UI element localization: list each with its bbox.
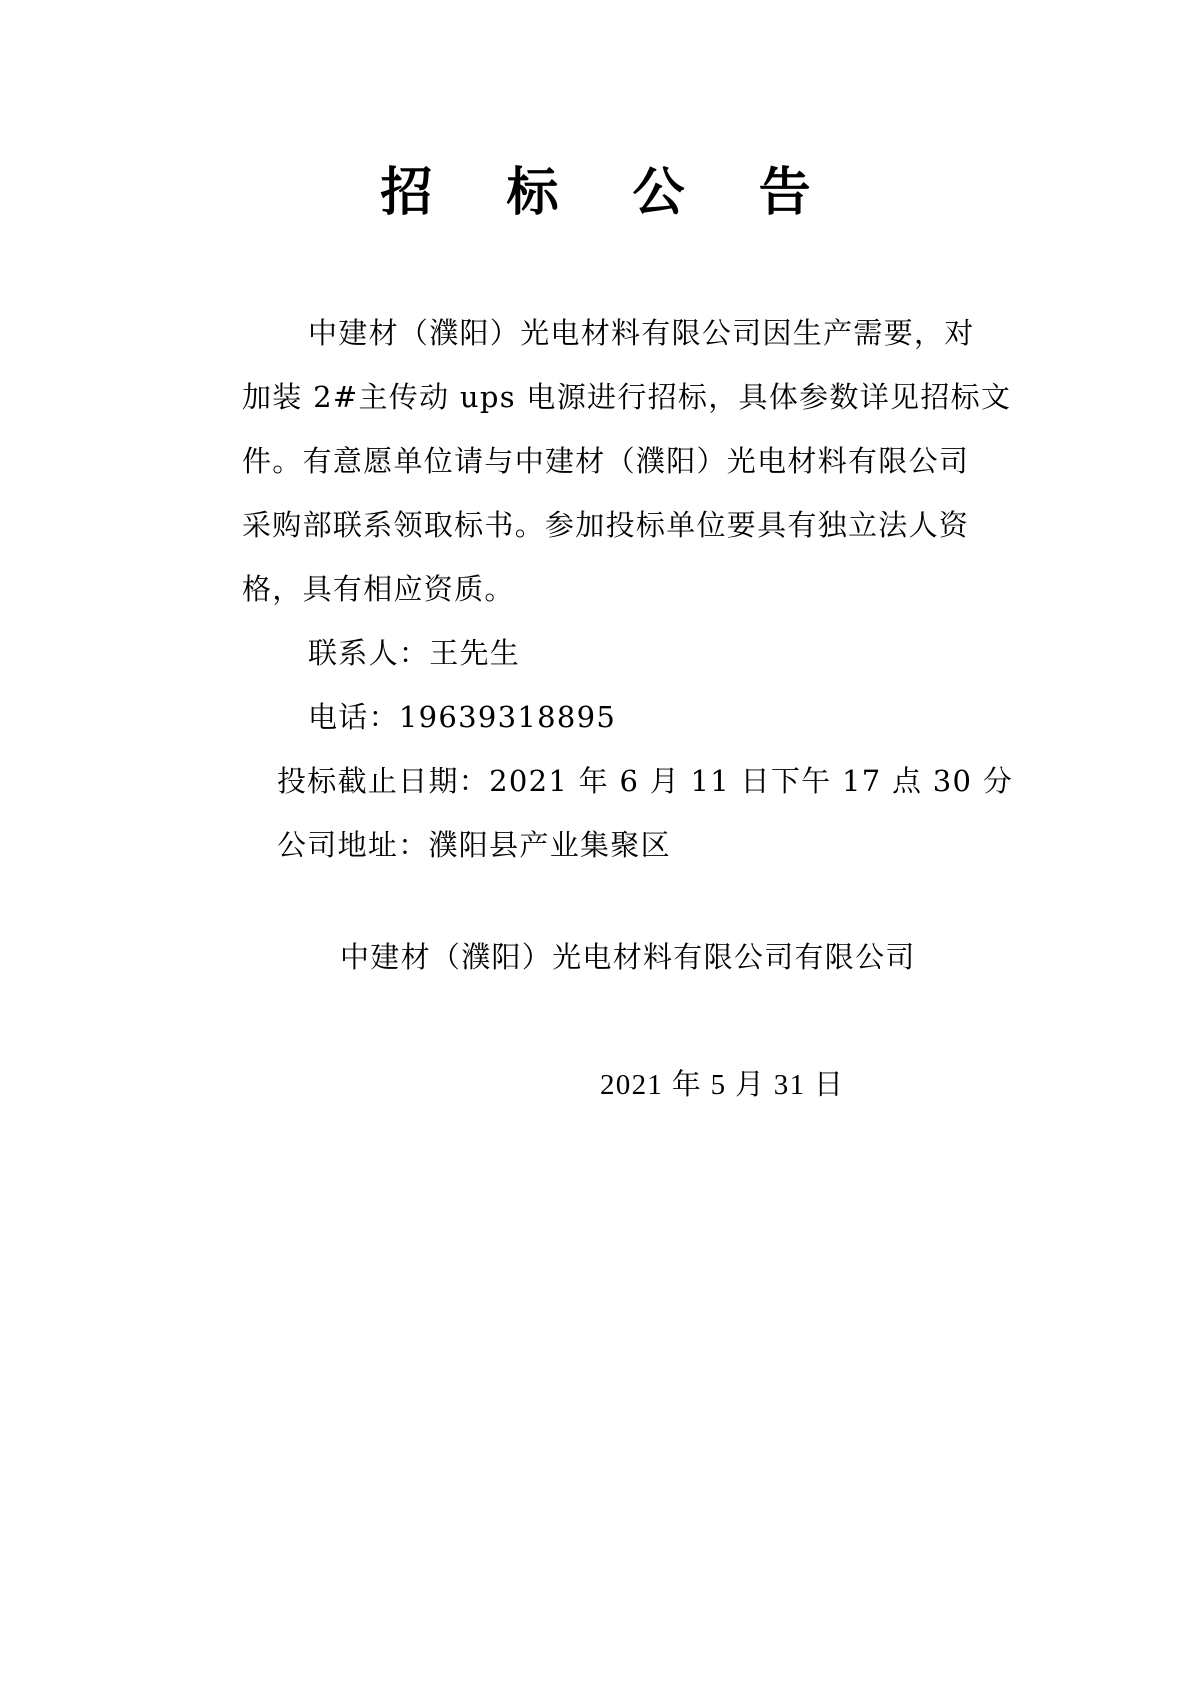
company-address: 公司地址：濮阳县产业集聚区 <box>277 825 671 865</box>
body-line-5: 格，具有相应资质。 <box>242 569 515 609</box>
phone-number: 电话：19639318895 <box>308 697 616 737</box>
issue-date: 2021 年 5 月 31 日 <box>600 1065 844 1105</box>
body-line-3: 件。有意愿单位请与中建材（濮阳）光电材料有限公司 <box>242 441 969 481</box>
body-line-1: 中建材（濮阳）光电材料有限公司因生产需要，对 <box>308 313 975 353</box>
document-page: 招 标 公 告 中建材（濮阳）光电材料有限公司因生产需要，对 加装 2#主传动 … <box>0 0 1191 1684</box>
company-signature: 中建材（濮阳）光电材料有限公司有限公司 <box>340 937 916 977</box>
contact-person: 联系人：王先生 <box>308 633 520 673</box>
body-line-2: 加装 2#主传动 ups 电源进行招标，具体参数详见招标文 <box>242 377 1011 417</box>
document-title: 招 标 公 告 <box>0 158 1191 228</box>
bid-deadline: 投标截止日期：2021 年 6 月 11 日下午 17 点 30 分 <box>277 761 1013 801</box>
body-line-4: 采购部联系领取标书。参加投标单位要具有独立法人资 <box>242 505 969 545</box>
